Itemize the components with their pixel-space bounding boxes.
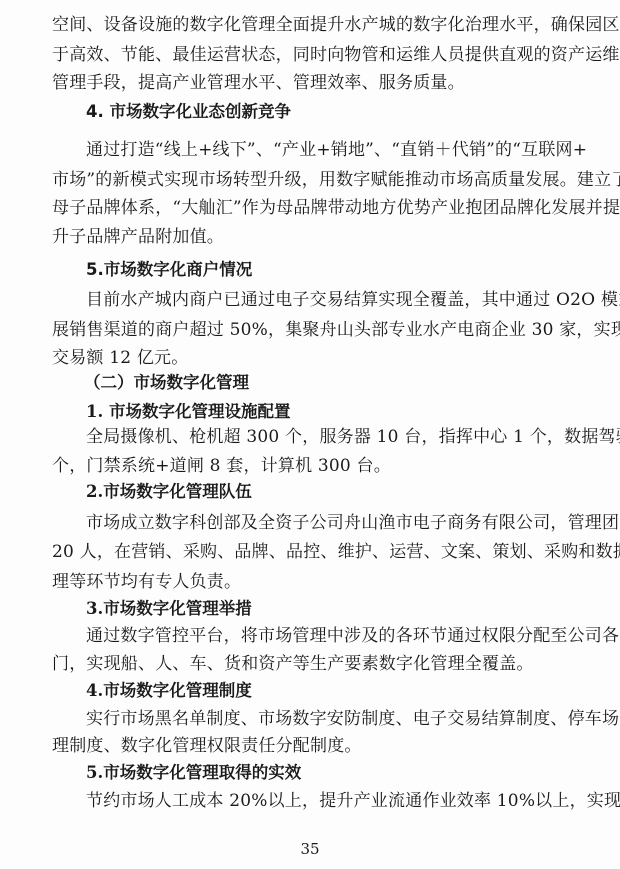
paragraph-line: 20 人，在营销、采购、品牌、品控、维护、运营、文案、策划、采购和数据管 [52, 541, 549, 563]
paragraph-line: 理等环节均有专人负责。 [52, 571, 549, 593]
section-heading-digital-management: （二）市场数字化管理 [84, 372, 249, 394]
paragraph-line: 理制度、数字化管理权限责任分配制度。 [52, 735, 549, 757]
heading-management-team: 2.市场数字化管理队伍 [86, 481, 252, 503]
paragraph-line: 门，实现船、人、车、货和资产等生产要素数字化管理全覆盖。 [52, 653, 549, 675]
paragraph-line: 管理手段，提高产业管理水平、管理效率、服务质量。 [52, 72, 549, 94]
paragraph-line: 实行市场黑名单制度、市场数字安防制度、电子交易结算制度、停车场管 [86, 708, 549, 730]
paragraph-line: 市场”的新模式实现市场转型升级，用数字赋能推动市场高质量发展。建立了 [52, 169, 549, 191]
heading-management-results: 5.市场数字化管理取得的实效 [86, 762, 301, 784]
paragraph-line: 升子品牌产品附加值。 [52, 226, 549, 248]
paragraph-line: 于高效、节能、最佳运营状态，同时向物管和运维人员提供直观的资产运维和 [52, 44, 549, 66]
paragraph-line: 展销售渠道的商户超过 50%，集聚舟山头部专业水产电商企业 30 家，实现线上 [52, 319, 549, 341]
heading-management-system: 4.市场数字化管理制度 [86, 680, 252, 702]
page-number: 35 [0, 840, 620, 858]
paragraph-line: 目前水产城内商户已通过电子交易结算实现全覆盖，其中通过 O2O 模式拓 [86, 289, 549, 311]
paragraph-line: 空间、设备设施的数字化管理全面提升水产城的数字化治理水平，确保园区处 [52, 14, 549, 36]
paragraph-line: 交易额 12 亿元。 [52, 347, 549, 369]
heading-digital-merchants: 5.市场数字化商户情况 [86, 259, 252, 281]
paragraph-line: 节约市场人工成本 20%以上，提升产业流通作业效率 10%以上，实现交易 [86, 790, 549, 812]
heading-digital-business-innovation: 4. 市场数字化业态创新竞争 [86, 101, 291, 123]
paragraph-line: 全局摄像机、枪机超 300 个，服务器 10 台，指挥中心 1 个，数据驾驶仓 … [86, 426, 549, 448]
heading-facility-configuration: 1. 市场数字化管理设施配置 [86, 401, 290, 423]
heading-management-measures: 3.市场数字化管理举措 [86, 598, 252, 620]
paragraph-line: 母子品牌体系，“大舢汇”作为母品牌带动地方优势产业抱团品牌化发展并提 [52, 197, 549, 219]
paragraph-line: 市场成立数字科创部及全资子公司舟山渔市电子商务有限公司，管理团队 [86, 512, 549, 534]
paragraph-line: 通过打造“线上+线下”、“产业+销地”、“直销＋代销”的“互联网+ [86, 139, 549, 161]
document-page: 空间、设备设施的数字化管理全面提升水产城的数字化治理水平，确保园区处 于高效、节… [0, 0, 620, 869]
paragraph-line: 通过数字管控平台，将市场管理中涉及的各环节通过权限分配至公司各部 [86, 625, 549, 647]
paragraph-line: 个，门禁系统+道闸 8 套，计算机 300 台。 [52, 455, 549, 477]
